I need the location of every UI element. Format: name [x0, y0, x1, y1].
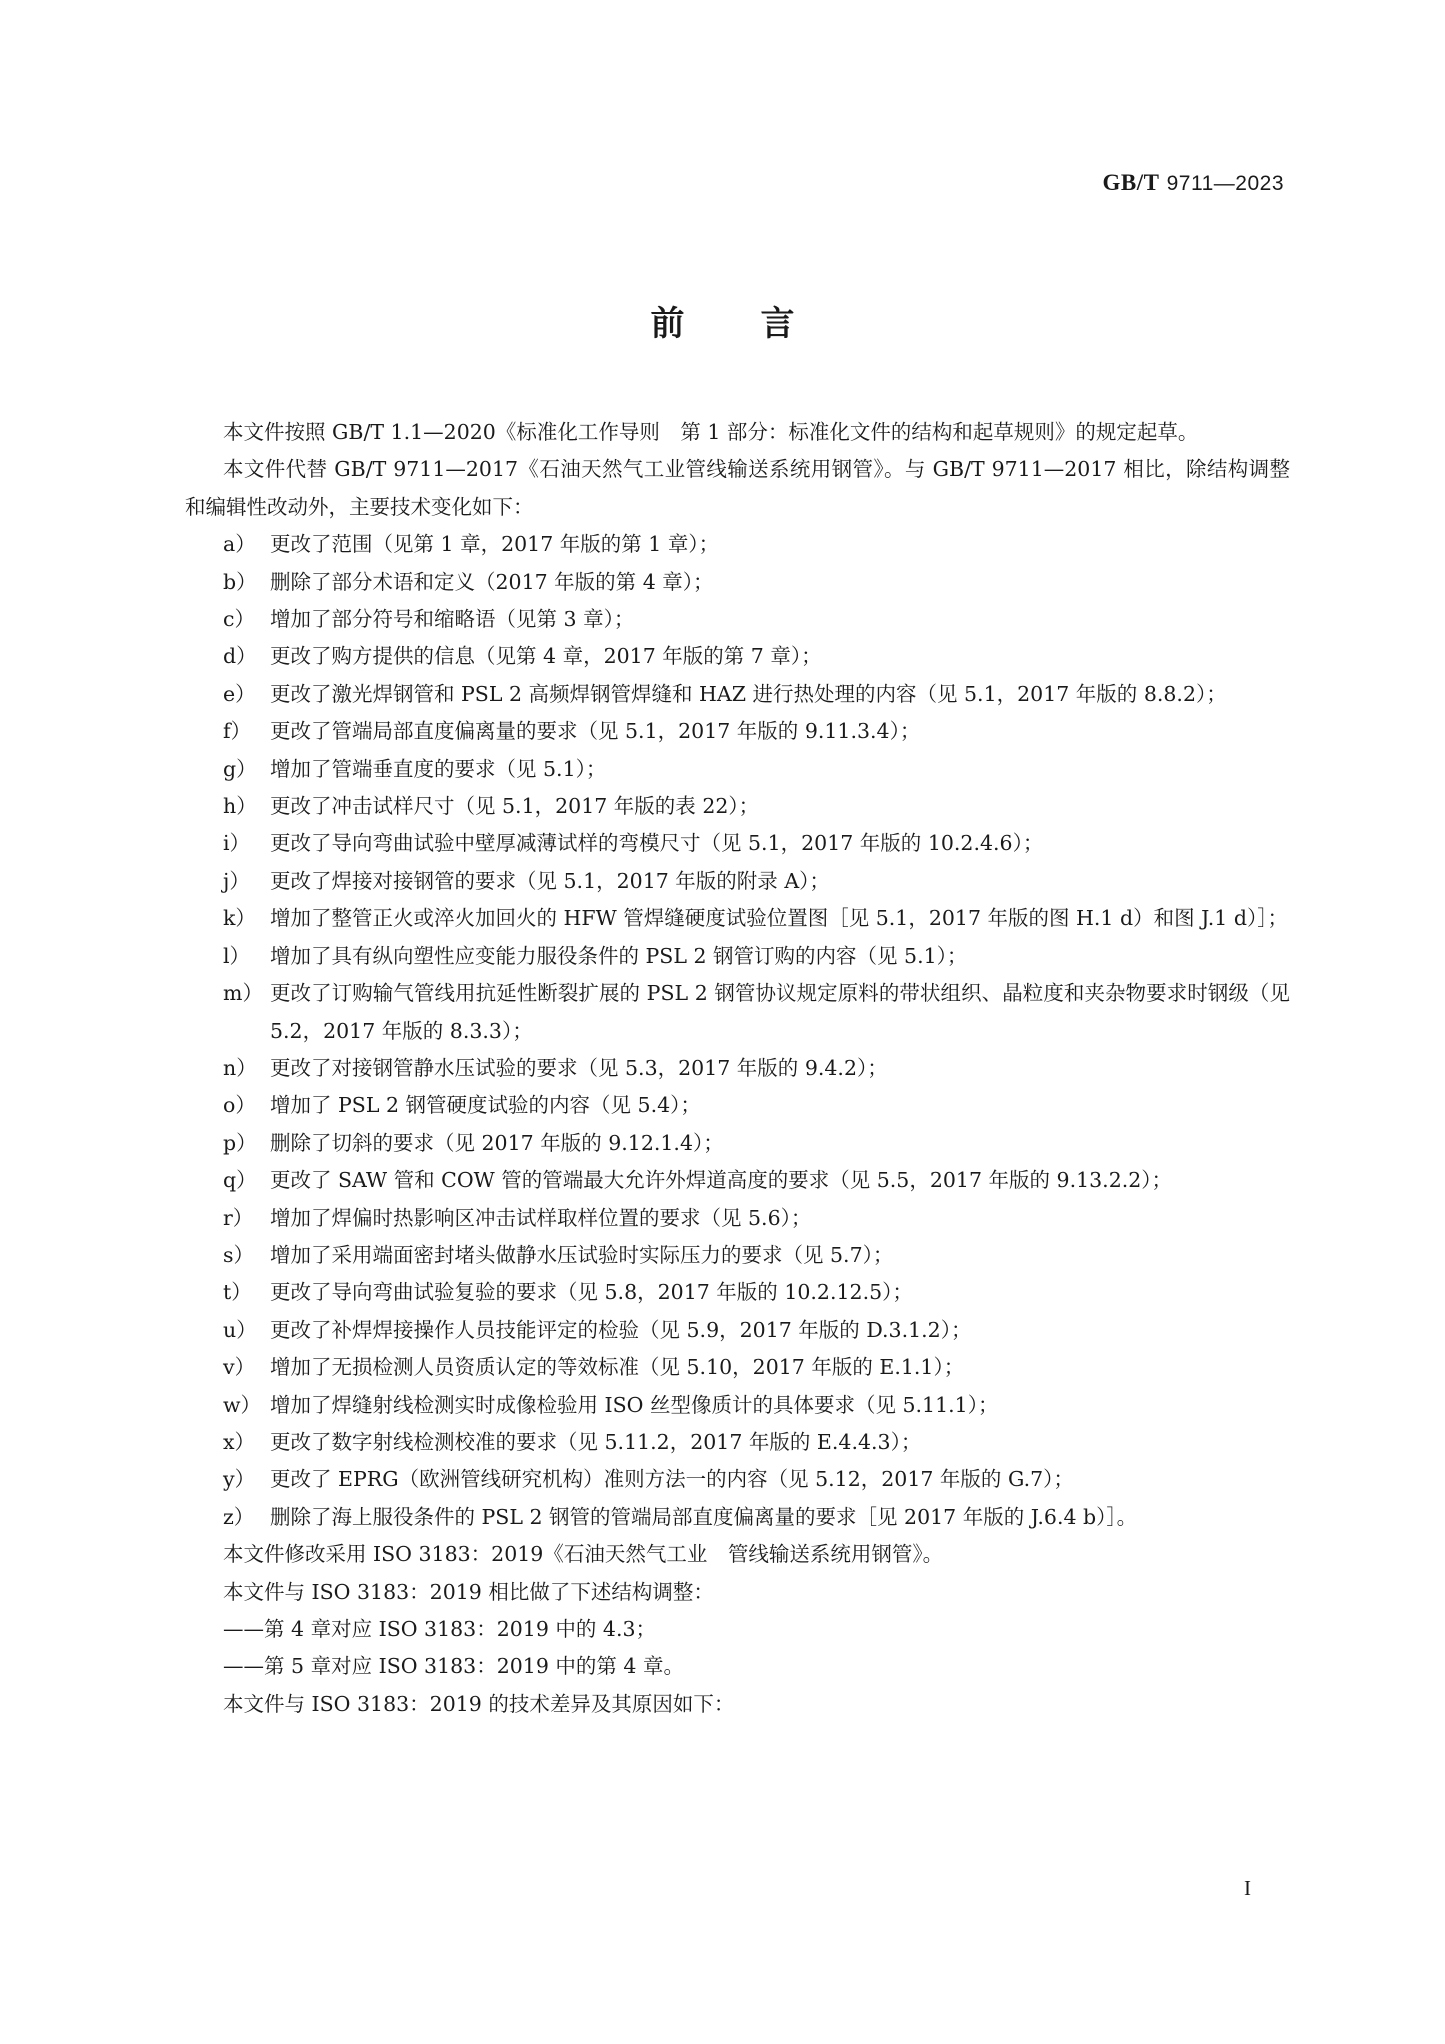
standard-code: GB/T 9711—2023 — [1102, 170, 1284, 196]
list-item-text: 更改了 SAW 管和 COW 管的管端最大允许外焊道高度的要求（见 5.5，20… — [270, 1168, 1172, 1192]
list-marker: p） — [223, 1125, 257, 1162]
list-marker: c） — [223, 601, 255, 638]
list-item-text: 删除了海上服役条件的 PSL 2 钢管的管端局部直度偏离量的要求［见 2017 … — [270, 1505, 1137, 1529]
list-item-text: 增加了焊缝射线检测实时成像检验用 ISO 丝型像质计的具体要求（见 5.11.1… — [270, 1393, 998, 1417]
list-item: g）增加了管端垂直度的要求（见 5.1）； — [185, 751, 1290, 788]
dash-item-chapter-5: ——第 5 章对应 ISO 3183：2019 中的第 4 章。 — [185, 1648, 1290, 1685]
paragraph-adoption: 本文件修改采用 ISO 3183：2019《石油天然气工业 管线输送系统用钢管》… — [185, 1536, 1290, 1573]
list-marker: x） — [223, 1424, 255, 1461]
list-item: s）增加了采用端面密封堵头做静水压试验时实际压力的要求（见 5.7）； — [185, 1237, 1290, 1274]
list-item-text: 更改了对接钢管静水压试验的要求（见 5.3，2017 年版的 9.4.2）； — [270, 1056, 888, 1080]
list-item: o）增加了 PSL 2 钢管硬度试验的内容（见 5.4）； — [185, 1087, 1290, 1124]
list-item-text: 更改了数字射线检测校准的要求（见 5.11.2，2017 年版的 E.4.4.3… — [270, 1430, 921, 1454]
list-item: n）更改了对接钢管静水压试验的要求（见 5.3，2017 年版的 9.4.2）； — [185, 1050, 1290, 1087]
list-item-text: 增加了 PSL 2 钢管硬度试验的内容（见 5.4）； — [270, 1093, 701, 1117]
list-marker: t） — [223, 1274, 252, 1311]
list-item: u）更改了补焊焊接操作人员技能评定的检验（见 5.9，2017 年版的 D.3.… — [185, 1312, 1290, 1349]
list-item: c）增加了部分符号和缩略语（见第 3 章）； — [185, 601, 1290, 638]
standard-number: 9711—2023 — [1167, 172, 1284, 195]
list-marker: i） — [223, 825, 250, 862]
list-item: d）更改了购方提供的信息（见第 4 章，2017 年版的第 7 章）； — [185, 638, 1290, 675]
list-marker: h） — [223, 788, 257, 825]
list-marker: f） — [223, 713, 251, 750]
list-item: l）增加了具有纵向塑性应变能力服役条件的 PSL 2 钢管订购的内容（见 5.1… — [185, 938, 1290, 975]
list-item-text: 更改了 EPRG（欧洲管线研究机构）准则方法一的内容（见 5.12，2017 年… — [270, 1467, 1074, 1491]
list-marker: d） — [223, 638, 257, 675]
list-marker: s） — [223, 1237, 254, 1274]
document-page: GB/T 9711—2023 前言 本文件按照 GB/T 1.1—2020《标准… — [0, 0, 1445, 2044]
list-marker: m） — [223, 975, 263, 1012]
list-item-text: 更改了订购输气管线用抗延性断裂扩展的 PSL 2 钢管协议规定原料的带状组织、晶… — [270, 981, 1290, 1042]
list-marker: y） — [223, 1461, 255, 1498]
list-item: e）更改了激光焊钢管和 PSL 2 高频焊钢管焊缝和 HAZ 进行热处理的内容（… — [185, 676, 1290, 713]
list-item-text: 增加了部分符号和缩略语（见第 3 章）； — [270, 607, 634, 631]
list-marker: a） — [223, 526, 256, 563]
list-marker: g） — [223, 751, 257, 788]
list-item-text: 增加了具有纵向塑性应变能力服役条件的 PSL 2 钢管订购的内容（见 5.1）； — [270, 944, 967, 968]
list-marker: l） — [223, 938, 250, 975]
list-marker: r） — [223, 1200, 253, 1237]
list-item: i）更改了导向弯曲试验中壁厚减薄试样的弯模尺寸（见 5.1，2017 年版的 1… — [185, 825, 1290, 862]
list-item-text: 增加了采用端面密封堵头做静水压试验时实际压力的要求（见 5.7）； — [270, 1243, 893, 1267]
list-item-text: 更改了补焊焊接操作人员技能评定的检验（见 5.9，2017 年版的 D.3.1.… — [270, 1318, 971, 1342]
list-marker: v） — [223, 1349, 255, 1386]
list-item-text: 更改了激光焊钢管和 PSL 2 高频焊钢管焊缝和 HAZ 进行热处理的内容（见 … — [270, 682, 1227, 706]
list-item: q）更改了 SAW 管和 COW 管的管端最大允许外焊道高度的要求（见 5.5，… — [185, 1162, 1290, 1199]
list-item: f）更改了管端局部直度偏离量的要求（见 5.1，2017 年版的 9.11.3.… — [185, 713, 1290, 750]
list-marker: q） — [223, 1162, 257, 1199]
list-item-text: 增加了焊偏时热影响区冲击试样取样位置的要求（见 5.6）； — [270, 1206, 811, 1230]
list-item-text: 更改了范围（见第 1 章，2017 年版的第 1 章）； — [270, 532, 719, 556]
list-item: p）删除了切斜的要求（见 2017 年版的 9.12.1.4）； — [185, 1125, 1290, 1162]
standard-prefix: GB/T — [1102, 170, 1159, 195]
page-number: I — [1244, 1876, 1251, 1901]
list-item: j）更改了焊接对接钢管的要求（见 5.1，2017 年版的附录 A）； — [185, 863, 1290, 900]
list-marker: n） — [223, 1050, 257, 1087]
list-item-text: 删除了部分术语和定义（2017 年版的第 4 章）； — [270, 570, 714, 594]
list-item-text: 更改了购方提供的信息（见第 4 章，2017 年版的第 7 章）； — [270, 644, 822, 668]
document-body: 本文件按照 GB/T 1.1—2020《标准化工作导则 第 1 部分：标准化文件… — [185, 414, 1290, 1723]
list-item-text: 增加了整管正火或淬火加回火的 HFW 管焊缝硬度试验位置图［见 5.1，2017… — [270, 906, 1288, 930]
list-item: x）更改了数字射线检测校准的要求（见 5.11.2，2017 年版的 E.4.4… — [185, 1424, 1290, 1461]
list-item: a）更改了范围（见第 1 章，2017 年版的第 1 章）； — [185, 526, 1290, 563]
list-marker: e） — [223, 676, 256, 713]
list-marker: z） — [223, 1499, 254, 1536]
list-item: z）删除了海上服役条件的 PSL 2 钢管的管端局部直度偏离量的要求［见 201… — [185, 1499, 1290, 1536]
list-marker: w） — [223, 1387, 261, 1424]
list-item: r）增加了焊偏时热影响区冲击试样取样位置的要求（见 5.6）； — [185, 1200, 1290, 1237]
list-item-text: 删除了切斜的要求（见 2017 年版的 9.12.1.4）； — [270, 1131, 724, 1155]
paragraph-replaces: 本文件代替 GB/T 9711—2017《石油天然气工业管线输送系统用钢管》。与… — [185, 451, 1290, 526]
list-item-text: 更改了焊接对接钢管的要求（见 5.1，2017 年版的附录 A）； — [270, 869, 830, 893]
list-item: w）增加了焊缝射线检测实时成像检验用 ISO 丝型像质计的具体要求（见 5.11… — [185, 1387, 1290, 1424]
list-item: h）更改了冲击试样尺寸（见 5.1，2017 年版的表 22）； — [185, 788, 1290, 825]
list-item-text: 更改了冲击试样尺寸（见 5.1，2017 年版的表 22）； — [270, 794, 759, 818]
list-item: k）增加了整管正火或淬火加回火的 HFW 管焊缝硬度试验位置图［见 5.1，20… — [185, 900, 1290, 937]
list-item: m）更改了订购输气管线用抗延性断裂扩展的 PSL 2 钢管协议规定原料的带状组织… — [185, 975, 1290, 1050]
list-marker: k） — [223, 900, 256, 937]
changes-list: a）更改了范围（见第 1 章，2017 年版的第 1 章）；b）删除了部分术语和… — [185, 526, 1290, 1536]
list-marker: o） — [223, 1087, 256, 1124]
list-marker: j） — [223, 863, 250, 900]
list-item-text: 增加了无损检测人员资质认定的等效标准（见 5.10，2017 年版的 E.1.1… — [270, 1355, 964, 1379]
list-item-text: 增加了管端垂直度的要求（见 5.1）； — [270, 757, 606, 781]
paragraph-technical-differences: 本文件与 ISO 3183：2019 的技术差异及其原因如下： — [185, 1686, 1290, 1723]
list-item-text: 更改了管端局部直度偏离量的要求（见 5.1，2017 年版的 9.11.3.4）… — [270, 719, 920, 743]
list-item: v）增加了无损检测人员资质认定的等效标准（见 5.10，2017 年版的 E.1… — [185, 1349, 1290, 1386]
paragraph-drafting-rules: 本文件按照 GB/T 1.1—2020《标准化工作导则 第 1 部分：标准化文件… — [185, 414, 1290, 451]
list-item: y）更改了 EPRG（欧洲管线研究机构）准则方法一的内容（见 5.12，2017… — [185, 1461, 1290, 1498]
list-marker: b） — [223, 564, 257, 601]
list-marker: u） — [223, 1312, 257, 1349]
list-item-text: 更改了导向弯曲试验复验的要求（见 5.8，2017 年版的 10.2.12.5）… — [270, 1280, 913, 1304]
list-item: t）更改了导向弯曲试验复验的要求（见 5.8，2017 年版的 10.2.12.… — [185, 1274, 1290, 1311]
page-title: 前言 — [0, 296, 1445, 345]
list-item-text: 更改了导向弯曲试验中壁厚减薄试样的弯模尺寸（见 5.1，2017 年版的 10.… — [270, 831, 1043, 855]
list-item: b）删除了部分术语和定义（2017 年版的第 4 章）； — [185, 564, 1290, 601]
paragraph-structure-adjustments: 本文件与 ISO 3183：2019 相比做了下述结构调整： — [185, 1574, 1290, 1611]
dash-item-chapter-4: ——第 4 章对应 ISO 3183：2019 中的 4.3； — [185, 1611, 1290, 1648]
